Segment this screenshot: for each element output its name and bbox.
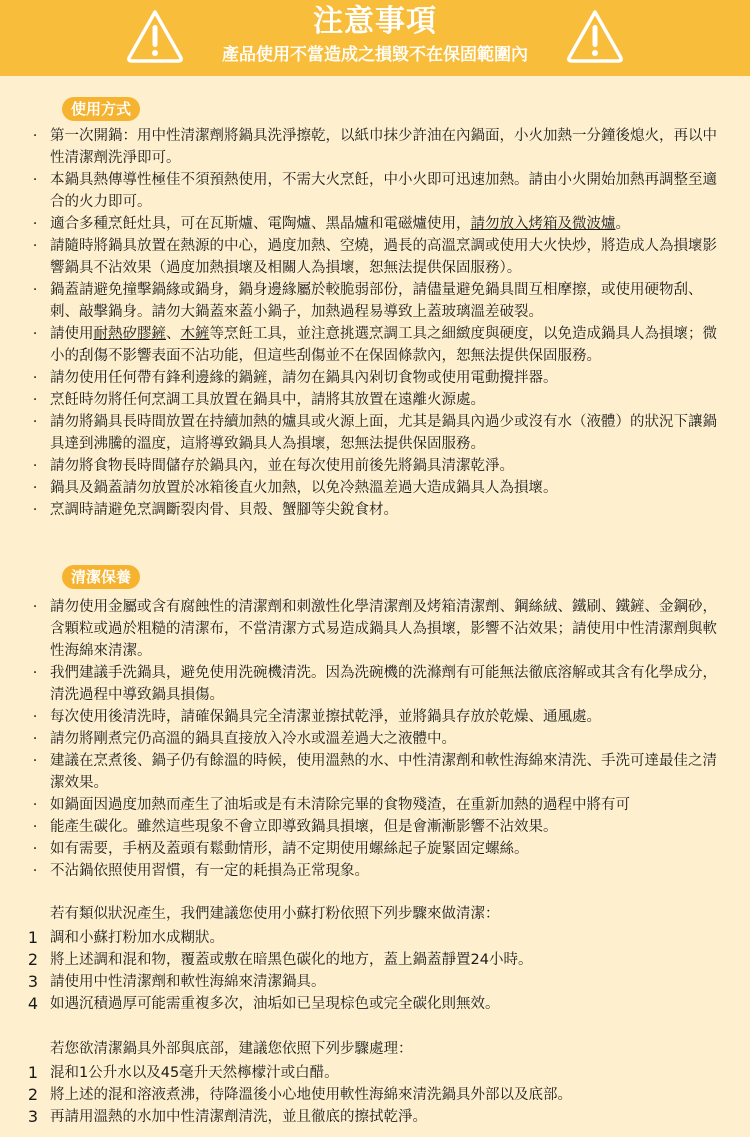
- bullet: ·: [28, 794, 42, 816]
- exterior-intro: 若您欲清潔鍋具外部與底部，建議您依照下列步驟處理：: [50, 1038, 718, 1060]
- list-item: ·烹飪時勿將任何烹調工具放置在鍋具中，請將其放置在遠離火源處。: [0, 389, 750, 411]
- list-item: ·請勿使用金屬或含有腐蝕性的清潔劑和刺激性化學清潔劑及烤箱清潔劑、鋼絲絨、鐵刷、…: [0, 596, 750, 662]
- bullet: ·: [28, 750, 42, 772]
- section-badge-cleaning: 清潔保養: [62, 565, 140, 589]
- bullet: ·: [28, 728, 42, 750]
- list-item: ·第一次開鍋：用中性清潔劑將鍋具洗淨擦乾，以紙巾抹少許油在內鍋面，小火加熱一分鐘…: [0, 125, 750, 169]
- step-item: 3再請用溫熱的水加中性清潔劑清洗，並且徹底的擦拭乾淨。: [0, 1106, 750, 1128]
- list-item: ·鍋具及鍋蓋請勿放置於冰箱後直火加熱，以免冷熱溫差過大造成鍋具人為損壞。: [0, 477, 750, 499]
- bullet: ·: [28, 323, 42, 345]
- bullet: ·: [28, 860, 42, 882]
- usage-list: ·第一次開鍋：用中性清潔劑將鍋具洗淨擦乾，以紙巾抹少許油在內鍋面，小火加熱一分鐘…: [0, 125, 750, 521]
- list-item: ·請勿將剛煮完仍高溫的鍋具直接放入冷水或溫差過大之液體中。: [0, 728, 750, 750]
- bullet: ·: [28, 411, 42, 433]
- list-item: ·請勿將食物長時間儲存於鍋具內，並在每次使用前後先將鍋具清潔乾淨。: [0, 455, 750, 477]
- bullet: ·: [28, 662, 42, 684]
- list-item: ·適合多種烹飪灶具，可在瓦斯爐、電陶爐、黑晶爐和電磁爐使用，請勿放入烤箱及微波爐…: [0, 213, 750, 235]
- list-item: ·每次使用後清洗時，請確保鍋具完全清潔並擦拭乾淨，並將鍋具存放於乾燥、通風處。: [0, 706, 750, 728]
- warning-header: 注意事項 產品使用不當造成之損毀不在保固範圍內: [0, 0, 750, 76]
- step-number: 4: [24, 993, 42, 1015]
- bullet: ·: [28, 455, 42, 477]
- list-item: ·我們建議手洗鍋具，避免使用洗碗機清洗。因為洗碗機的洗滌劑有可能無法徹底溶解或其…: [0, 662, 750, 706]
- list-item: ·請勿將鍋具長時間放置在持續加熱的爐具或火源上面，尤其是鍋具內過少或沒有水（液體…: [0, 411, 750, 455]
- baking-soda-steps: 1調和小蘇打粉加水成糊狀。 2將上述調和混和物，覆蓋或敷在暗黑色碳化的地方，蓋上…: [0, 927, 750, 1015]
- bullet: ·: [28, 367, 42, 389]
- bullet: ·: [28, 706, 42, 728]
- bullet: ·: [28, 499, 42, 521]
- step-item: 3請使用中性清潔劑和軟性海綿來清潔鍋具。: [0, 971, 750, 993]
- list-item: ·不沾鍋依照使用習慣，有一定的耗損為正常現象。: [0, 860, 750, 882]
- step-number: 2: [24, 949, 42, 971]
- bullet: ·: [28, 477, 42, 499]
- bullet: ·: [28, 235, 42, 257]
- exterior-steps: 1混和1公升水以及45毫升天然檸檬汁或白醋。 2將上述的混和溶液煮沸，待降溫後小…: [0, 1062, 750, 1128]
- underlined-tool: 耐熱矽膠鏟: [94, 326, 167, 342]
- step-number: 1: [24, 927, 42, 949]
- bullet: ·: [28, 816, 42, 838]
- step-item: 2將上述調和混和物，覆蓋或敷在暗黑色碳化的地方，蓋上鍋蓋靜置24小時。: [0, 949, 750, 971]
- list-item: ·請使用耐熱矽膠鏟、木鏟等烹飪工具，並注意挑選烹調工具之細緻度與硬度，以免造成鍋…: [0, 323, 750, 367]
- underlined-warning: 請勿放入烤箱及微波爐: [471, 216, 616, 232]
- bullet: ·: [28, 169, 42, 191]
- step-number: 3: [24, 971, 42, 993]
- step-number: 1: [24, 1062, 42, 1084]
- step-number: 2: [24, 1084, 42, 1106]
- list-item: ·請勿使用任何帶有鋒利邊緣的鍋鏟，請勿在鍋具內剁切食物或使用電動攪拌器。: [0, 367, 750, 389]
- bullet: ·: [28, 596, 42, 618]
- list-item: ·如有需要，手柄及蓋頭有鬆動情形，請不定期使用螺絲起子旋緊固定螺絲。: [0, 838, 750, 860]
- bullet: ·: [28, 389, 42, 411]
- bullet: ·: [28, 125, 42, 147]
- list-item: ·能產生碳化。雖然這些現象不會立即導致鍋具損壞，但是會漸漸影響不沾效果。: [0, 816, 750, 838]
- bullet: ·: [28, 279, 42, 301]
- list-item: ·如鍋面因過度加熱而產生了油垢或是有未清除完畢的食物殘渣，在重新加熱的過程中將有…: [0, 794, 750, 816]
- bullet: ·: [28, 838, 42, 860]
- section-badge-usage: 使用方式: [62, 97, 140, 121]
- cleaning-list: ·請勿使用金屬或含有腐蝕性的清潔劑和刺激性化學清潔劑及烤箱清潔劑、鋼絲絨、鐵刷、…: [0, 596, 750, 882]
- step-number: 3: [24, 1106, 42, 1128]
- list-item: ·請隨時將鍋具放置在熱源的中心，過度加熱、空燒，過長的高溫烹調或使用大火快炒，將…: [0, 235, 750, 279]
- list-item: ·建議在烹煮後、鍋子仍有餘溫的時候，使用溫熱的水、中性清潔劑和軟性海綿來清洗、手…: [0, 750, 750, 794]
- step-item: 4如遇沉積過厚可能需重複多次，油垢如已呈現棕色或完全碳化則無效。: [0, 993, 750, 1015]
- list-item: ·烹調時請避免烹調斷裂肉骨、貝殼、蟹腳等尖銳食材。: [0, 499, 750, 521]
- page-title: 注意事項: [0, 4, 750, 40]
- warning-triangle-icon: [565, 8, 625, 64]
- page-subtitle: 產品使用不當造成之損毀不在保固範圍內: [0, 44, 750, 66]
- step-item: 2將上述的混和溶液煮沸，待降溫後小心地使用軟性海綿來清洗鍋具外部以及底部。: [0, 1084, 750, 1106]
- underlined-tool: 木鏟: [181, 326, 210, 342]
- baking-soda-intro: 若有類似狀況產生，我們建議您使用小蘇打粉依照下列步驟來做清潔：: [50, 903, 718, 925]
- list-item: ·鍋蓋請避免撞擊鍋緣或鍋身，鍋身邊緣屬於較脆弱部份，請儘量避免鍋具間互相摩擦，或…: [0, 279, 750, 323]
- bullet: ·: [28, 213, 42, 235]
- step-item: 1調和小蘇打粉加水成糊狀。: [0, 927, 750, 949]
- step-item: 1混和1公升水以及45毫升天然檸檬汁或白醋。: [0, 1062, 750, 1084]
- list-item: ·本鍋具熱傳導性極佳不須預熱使用，不需大火烹飪，中小火即可迅速加熱。請由小火開始…: [0, 169, 750, 213]
